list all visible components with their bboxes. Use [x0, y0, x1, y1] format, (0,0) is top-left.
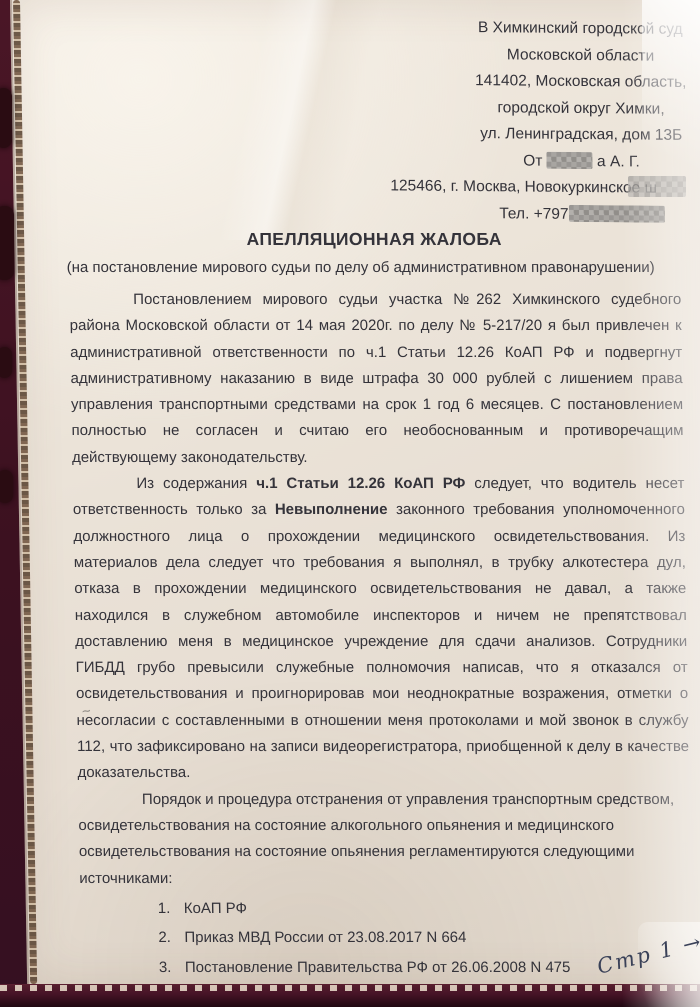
text-run: городской округ Химки, — [497, 99, 664, 117]
paragraph: Из содержания ч.1 Статьи 12.26 КоАП РФ с… — [72, 471, 690, 787]
document-title: АПЕЛЛЯЦИОННАЯ ЖАЛОБА — [68, 229, 680, 250]
header-line: городской округ Химки, — [366, 94, 700, 124]
header-line: 141402, Московская область, — [366, 67, 700, 97]
document-page: В Химкинский городской судМосковской обл… — [10, 0, 700, 984]
text-run: 141402, Московская область, — [475, 72, 687, 91]
header-line: Тел. +797 — [367, 200, 700, 230]
header-line: От а А. Г. — [366, 147, 700, 177]
redaction-block — [547, 151, 593, 168]
photographed-document: В Химкинский городской судМосковской обл… — [0, 0, 700, 1007]
header-line: В Химкинский городской суд — [365, 14, 700, 44]
redaction-block — [628, 176, 686, 197]
list-item-number: 2. — [158, 923, 185, 953]
text-run: Московской области — [507, 46, 655, 64]
text-run: В Химкинский городской суд — [478, 19, 683, 38]
list-item-text: КоАП РФ — [184, 894, 248, 924]
text-run: От — [523, 152, 547, 169]
text-run: законного требования уполномоченного дол… — [73, 501, 689, 781]
text-run: Порядок и процедура отстранения от управ… — [78, 791, 674, 887]
bold-text-run: Невыполнение — [275, 501, 388, 518]
list-item-text: Постановление Правительства РФ от 26.06.… — [185, 953, 571, 983]
binder-hole — [0, 470, 13, 503]
paragraph: Порядок и процедура отстранения от управ… — [78, 787, 692, 892]
document-subtitle: (на постановление мирового судьи по делу… — [67, 259, 687, 276]
list-item: 1.КоАП РФ — [80, 894, 693, 924]
redaction-block — [568, 204, 664, 222]
header-line: ул. Ленинградская, дом 13Б — [366, 120, 700, 150]
list-item-number: 1. — [158, 894, 185, 924]
text-run: Из содержания — [136, 475, 256, 492]
paragraphs: Постановлением мирового судьи участка №2… — [69, 287, 692, 892]
text-run: Постановлением мирового судьи участка №2… — [70, 291, 684, 466]
text-run: 125466, г. Москва, Новокуркинское ш — [390, 177, 657, 196]
paragraph: Постановлением мирового судьи участка №2… — [69, 287, 684, 471]
list-item: 2.Приказ МВД России от 23.08.2017 N 664 — [80, 923, 693, 953]
header-line: Московской области — [365, 41, 700, 71]
binder-hole — [0, 88, 12, 148]
sleeve-stitch-seam-bottom — [0, 985, 700, 991]
court-address-block: В Химкинский городской судМосковской обл… — [365, 14, 700, 230]
text-run: а А. Г. — [593, 153, 640, 170]
document-body: Постановлением мирового судьи участка №2… — [69, 287, 694, 1007]
text-run: Тел. +797 — [499, 205, 568, 223]
text-run: ул. Ленинградская, дом 13Б — [480, 125, 682, 144]
bold-text-run: ч.1 Статьи 12.26 КоАП РФ — [256, 475, 465, 492]
binder-hole — [0, 206, 14, 280]
list-item-number: 3. — [159, 953, 186, 983]
binder-hole — [0, 347, 12, 378]
list-item-text: Приказ МВД России от 23.08.2017 N 664 — [184, 923, 467, 953]
document-content: В Химкинский городской судМосковской обл… — [12, 0, 700, 984]
